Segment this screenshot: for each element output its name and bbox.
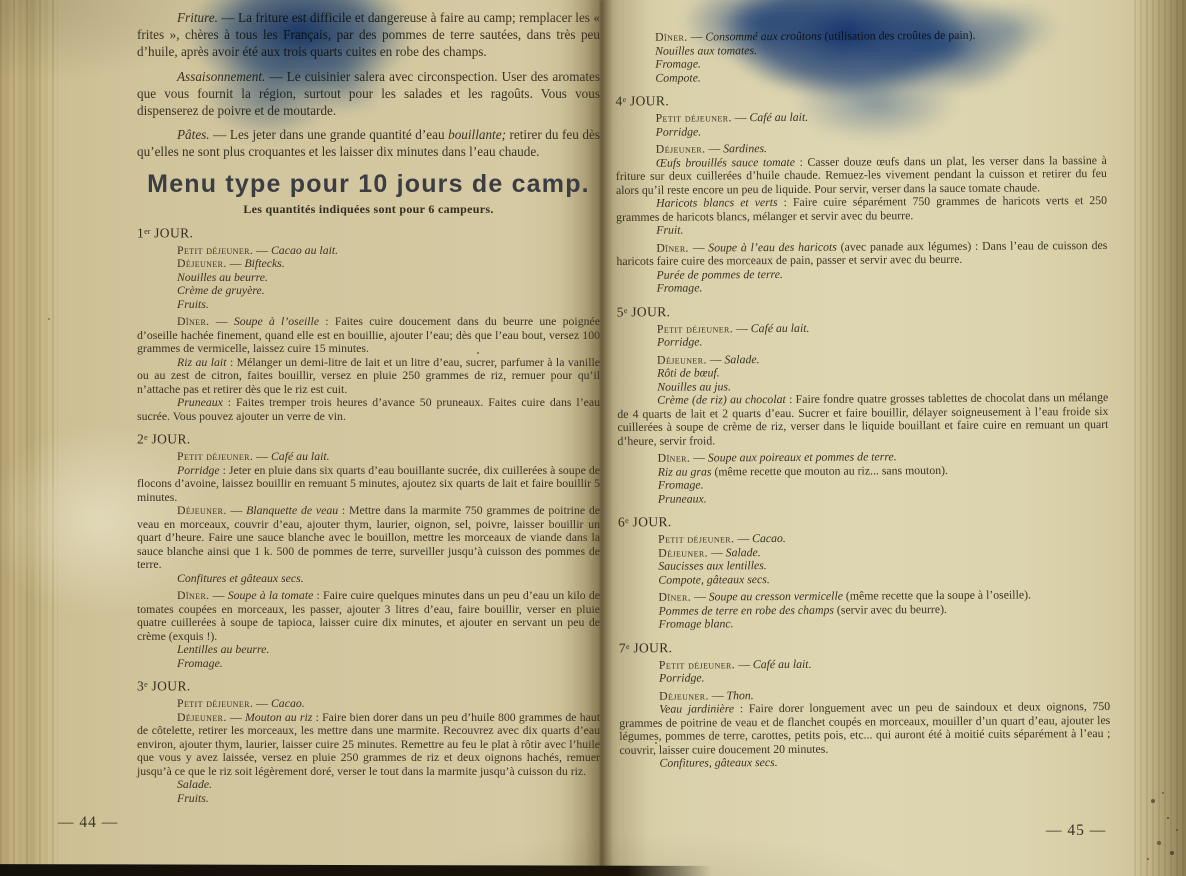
text-run: — bbox=[688, 29, 706, 43]
paragraph: Friture. — La friture est difficile et d… bbox=[137, 9, 600, 61]
day-heading: 4e JOUR. bbox=[615, 90, 1106, 108]
text-run: JOUR. bbox=[629, 514, 672, 529]
paragraph: Pruneaux : Faites tremper trois heures d… bbox=[137, 396, 600, 423]
day-heading: 6e JOUR. bbox=[618, 511, 1109, 529]
text-run: Déjeuner. bbox=[657, 352, 707, 366]
day-heading: 7e JOUR. bbox=[619, 636, 1110, 654]
text-run: Sardines. bbox=[723, 141, 767, 155]
text-run: Petit déjeuner. bbox=[177, 449, 253, 463]
text-run: Fruits. bbox=[177, 297, 209, 311]
text-run: Friture. bbox=[177, 10, 218, 25]
paragraph: Pâtes. — Les jeter dans une grande quant… bbox=[137, 126, 600, 160]
text-run: JOUR. bbox=[148, 432, 191, 447]
text-run: — bbox=[709, 688, 727, 702]
text-run: Petit déjeuner. bbox=[177, 243, 253, 257]
menu-line: Petit déjeuner. — Cacao. bbox=[177, 697, 600, 711]
text-run: Déjeuner. bbox=[656, 141, 706, 155]
text-run: Compote. bbox=[655, 70, 701, 84]
text-run: — bbox=[210, 314, 234, 328]
left-page: Friture. — La friture est difficile et d… bbox=[137, 9, 600, 805]
paragraph: Œufs brouillés sauce tomate : Casser dou… bbox=[616, 153, 1107, 196]
text-run: Déjeuner. bbox=[177, 256, 227, 270]
menu-line: Crème de gruyère. bbox=[177, 284, 600, 298]
text-run: Porridge. bbox=[657, 334, 703, 348]
text-run: Fromage. bbox=[657, 280, 703, 294]
text-run: Dîner. bbox=[656, 240, 689, 254]
text-run: JOUR. bbox=[626, 93, 669, 108]
left-page-intro: Friture. — La friture est difficile et d… bbox=[137, 9, 600, 161]
paragraph: Haricots blancs et verts : Faire cuire s… bbox=[616, 194, 1107, 224]
menu-line: Salade. bbox=[177, 778, 600, 792]
paragraph: Veau jardinière : Faire dorer longuement… bbox=[619, 700, 1110, 757]
right-page: Dîner. — Consommé aux croûtons (utilisat… bbox=[615, 24, 1111, 770]
text-run: — bbox=[689, 240, 708, 254]
text-run: Pommes de terre en robe des champs bbox=[659, 602, 834, 617]
menu-line: Porridge. bbox=[657, 333, 1108, 349]
text-run: Déjeuner. bbox=[177, 710, 227, 724]
day-heading: 3e JOUR. bbox=[137, 678, 600, 693]
text-run: — bbox=[253, 243, 271, 257]
menu-line: Pruneaux. bbox=[658, 489, 1109, 505]
scan-bottom-background bbox=[0, 864, 712, 876]
menu-line: Fromage. bbox=[657, 279, 1108, 295]
text-run: Pâtes. bbox=[177, 127, 210, 142]
text-run: Dîner. bbox=[658, 590, 691, 604]
menu-line: Nouilles au beurre. bbox=[177, 271, 600, 285]
left-page-menu: 1er JOUR.Petit déjeuner. — Cacao au lait… bbox=[137, 225, 600, 806]
day-heading: 5e JOUR. bbox=[617, 300, 1108, 318]
text-run: Confitures, gâteaux secs. bbox=[659, 755, 777, 770]
menu-line: Porridge. bbox=[659, 669, 1110, 685]
text-run: — bbox=[227, 256, 245, 270]
text-run: — bbox=[734, 531, 752, 545]
paragraph: Dîner. — Soupe à l’eau des haricots (ave… bbox=[616, 238, 1107, 268]
text-run: Salade. bbox=[724, 352, 759, 366]
text-run: Cacao. bbox=[271, 696, 305, 710]
text-run: Déjeuner. bbox=[658, 545, 708, 559]
menu-line: Fromage. bbox=[177, 657, 600, 671]
book-scan: Friture. — La friture est difficile et d… bbox=[0, 0, 1186, 876]
text-run: Café au lait. bbox=[751, 320, 810, 334]
text-run: Dîner. bbox=[177, 588, 210, 602]
text-run: Blanquette de veau bbox=[246, 503, 338, 517]
page-edge-left bbox=[0, 0, 58, 876]
text-run: Porridge. bbox=[656, 124, 702, 138]
text-run: Soupe à l’oseille bbox=[234, 314, 319, 328]
text-run: Déjeuner. bbox=[659, 688, 709, 702]
menu-title: Menu type pour 10 jours de camp. bbox=[137, 170, 600, 199]
menu-line: Compote, gâteaux secs. bbox=[658, 570, 1109, 586]
text-run: Déjeuner. bbox=[177, 503, 227, 517]
text-run: Petit déjeuner. bbox=[659, 657, 735, 671]
menu-line: Fruits. bbox=[177, 298, 600, 312]
menu-line: Confitures, gâteaux secs. bbox=[659, 754, 1110, 770]
text-run: Café au lait. bbox=[753, 656, 812, 670]
text-run: Fromage. bbox=[658, 477, 704, 491]
text-run: Soupe à la tomate bbox=[228, 588, 314, 602]
menu-line: Confitures et gâteaux secs. bbox=[177, 572, 600, 586]
text-run: Thon. bbox=[726, 688, 753, 702]
text-run: Mouton au riz bbox=[245, 710, 312, 724]
text-run: (servir avec du beurre). bbox=[834, 601, 947, 616]
menu-line: Compote. bbox=[655, 68, 1106, 84]
page-edge-right bbox=[1134, 0, 1186, 876]
text-run: — bbox=[732, 110, 750, 124]
text-run: — bbox=[705, 141, 723, 155]
text-run: (utilisation des croûtes de pain). bbox=[821, 28, 975, 43]
text-run: Riz au gras bbox=[658, 464, 712, 478]
text-run: Riz au lait bbox=[177, 355, 227, 369]
text-run: Confitures et gâteaux secs. bbox=[177, 571, 304, 585]
paragraph: Assaisonnement. — Le cuisinier salera av… bbox=[137, 68, 600, 120]
text-run: Salade. bbox=[177, 777, 212, 791]
paragraph: Dîner. — Soupe à la tomate : Faire cuire… bbox=[137, 589, 600, 643]
text-run: Petit déjeuner. bbox=[177, 696, 253, 710]
text-run: Fruits. bbox=[177, 791, 209, 805]
text-run: Consommé aux croûtons bbox=[705, 29, 821, 44]
text-run: Fromage. bbox=[177, 656, 223, 670]
text-run: — bbox=[210, 588, 228, 602]
text-run: Pruneaux. bbox=[658, 491, 707, 505]
text-run: — bbox=[227, 710, 245, 724]
text-run: — bbox=[690, 450, 708, 464]
foxing-specks bbox=[0, 0, 2, 2]
text-run: bouillante; bbox=[448, 127, 506, 142]
text-run: Petit déjeuner. bbox=[658, 531, 734, 545]
text-run: Nouilles aux tomates. bbox=[655, 43, 757, 58]
text-run: — bbox=[253, 449, 271, 463]
text-run: Biftecks. bbox=[244, 256, 284, 270]
text-run: Dîner. bbox=[655, 30, 688, 44]
page-number-left: — 44 — bbox=[58, 814, 118, 832]
text-run: JOUR. bbox=[629, 640, 672, 655]
text-run: Porridge. bbox=[659, 670, 705, 684]
menu-subtitle: Les quantités indiquées sont pour 6 camp… bbox=[137, 202, 600, 217]
text-run: — bbox=[735, 657, 753, 671]
menu-line: Fruit. bbox=[656, 221, 1107, 237]
text-run: Veau jardinière bbox=[659, 701, 734, 715]
text-run: Petit déjeuner. bbox=[657, 321, 733, 335]
text-run: Fromage blanc. bbox=[659, 616, 734, 630]
text-run: Cacao au lait. bbox=[271, 243, 338, 257]
menu-line: Déjeuner. — Biftecks. bbox=[177, 257, 600, 271]
menu-line: Fruits. bbox=[177, 792, 600, 806]
text-run: Rôti de bœuf. bbox=[657, 365, 720, 379]
text-run: JOUR. bbox=[150, 225, 193, 240]
text-run: Dîner. bbox=[658, 451, 691, 465]
text-run: Fromage. bbox=[655, 56, 701, 70]
text-run: Café au lait. bbox=[271, 449, 330, 463]
text-run: Petit déjeuner. bbox=[656, 110, 732, 124]
text-run: (même recette que la soupe à l’oseille). bbox=[843, 587, 1031, 602]
text-run: — bbox=[227, 503, 246, 517]
day-heading: 1er JOUR. bbox=[137, 225, 600, 240]
text-run: Lentilles au beurre. bbox=[177, 642, 269, 656]
menu-line: Porridge. bbox=[656, 122, 1107, 138]
text-run: Purée de pommes de terre. bbox=[656, 266, 782, 281]
text-run: Œufs brouillés sauce tomate bbox=[656, 154, 795, 169]
text-run: Cacao. bbox=[752, 531, 786, 545]
paragraph: Dîner. — Soupe à l’oseille : Faites cuir… bbox=[137, 315, 600, 356]
text-run: Compote, gâteaux secs. bbox=[658, 572, 769, 587]
text-run: JOUR. bbox=[627, 304, 670, 319]
text-run: Assaisonnement. bbox=[177, 69, 265, 84]
paragraph: Déjeuner. — Blanquette de veau : Mettre … bbox=[137, 504, 600, 572]
menu-line: Petit déjeuner. — Café au lait. bbox=[177, 450, 600, 464]
text-run: Fruit. bbox=[656, 223, 683, 237]
book-gutter-line bbox=[600, 0, 603, 876]
paragraph: Crème (de riz) au chocolat : Faire fondr… bbox=[617, 391, 1108, 448]
text-run: — bbox=[708, 545, 726, 559]
text-run: (même recette que mouton au riz... sans … bbox=[711, 462, 948, 477]
text-run: Pruneaux bbox=[177, 395, 223, 409]
text-run: Porridge bbox=[177, 463, 220, 477]
paragraph: Déjeuner. — Mouton au riz : Faire bien d… bbox=[137, 711, 600, 779]
paragraph: Porridge : Jeter en pluie dans six quart… bbox=[137, 464, 600, 505]
text-run: Salade. bbox=[726, 545, 761, 559]
menu-line: Fromage blanc. bbox=[659, 615, 1110, 631]
text-run: Haricots blancs et verts bbox=[656, 195, 778, 210]
menu-line: Petit déjeuner. — Cacao au lait. bbox=[177, 244, 600, 258]
text-run: — bbox=[707, 352, 725, 366]
text-run: JOUR. bbox=[148, 679, 191, 694]
text-run: — Les jeter dans une grande quantité d’e… bbox=[210, 127, 448, 142]
text-run: Soupe au cresson vermicelle bbox=[709, 589, 843, 604]
text-run: — bbox=[691, 589, 709, 603]
text-run: — bbox=[253, 696, 271, 710]
text-run: Nouilles au jus. bbox=[657, 379, 731, 393]
menu-line: Lentilles au beurre. bbox=[177, 643, 600, 657]
text-run: Nouilles au beurre. bbox=[177, 270, 268, 284]
day-heading: 2e JOUR. bbox=[137, 431, 600, 446]
text-run: Crème de gruyère. bbox=[177, 283, 265, 297]
text-run: Crème (de riz) au chocolat bbox=[657, 392, 786, 407]
text-run: Café au lait. bbox=[749, 110, 808, 124]
page-number-right: — 45 — bbox=[1046, 822, 1106, 840]
text-run: — bbox=[733, 321, 751, 335]
paragraph: Riz au lait : Mélanger un demi-litre de … bbox=[137, 356, 600, 397]
text-run: Saucisses aux lentilles. bbox=[658, 558, 767, 573]
text-run: Soupe à l’eau des haricots bbox=[708, 239, 837, 254]
text-run: Dîner. bbox=[177, 314, 210, 328]
